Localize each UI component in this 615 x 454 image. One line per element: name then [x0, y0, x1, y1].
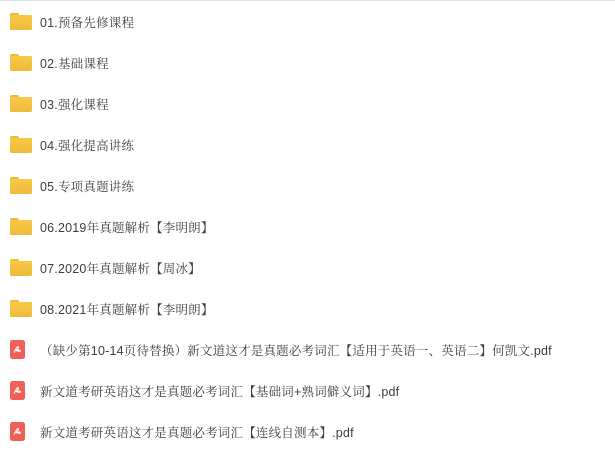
folder-body — [10, 261, 32, 276]
file-icon-cell — [10, 95, 34, 112]
file-name[interactable]: 07.2020年真题解析【周冰】 — [40, 259, 201, 277]
folder-icon — [10, 218, 32, 235]
folder-body — [10, 56, 32, 71]
list-item[interactable]: 06.2019年真题解析【李明朗】 — [0, 206, 615, 247]
list-item[interactable]: 新文道考研英语这才是真题必考词汇【连线自测本】.pdf — [0, 411, 615, 452]
pdf-icon — [10, 422, 25, 441]
folder-body — [10, 15, 32, 30]
file-name[interactable]: 新文道考研英语这才是真题必考词汇【基础词+熟词僻义词】.pdf — [40, 382, 399, 400]
file-name[interactable]: 01.预备先修课程 — [40, 13, 134, 31]
folder-icon — [10, 300, 32, 317]
list-item[interactable]: 08.2021年真题解析【李明朗】 — [0, 288, 615, 329]
pdf-icon — [10, 381, 25, 400]
file-icon-cell — [10, 177, 34, 194]
list-item[interactable]: （缺少第10-14页待替换）新文道这才是真题必考词汇【适用于英语一、英语二】何凯… — [0, 329, 615, 370]
file-icon-cell — [10, 422, 34, 441]
folder-body — [10, 97, 32, 112]
folder-body — [10, 179, 32, 194]
list-item[interactable]: 02.基础课程 — [0, 42, 615, 83]
file-icon-cell — [10, 381, 34, 400]
file-list: 01.预备先修课程 02.基础课程 03.强化课程 04.强化提 — [0, 0, 615, 454]
folder-icon — [10, 54, 32, 71]
folder-icon — [10, 13, 32, 30]
file-name[interactable]: 新文道考研英语这才是真题必考词汇【连线自测本】.pdf — [40, 423, 354, 441]
file-icon-cell — [10, 218, 34, 235]
file-name[interactable]: 02.基础课程 — [40, 54, 109, 72]
file-icon-cell — [10, 259, 34, 276]
folder-icon — [10, 95, 32, 112]
folder-icon — [10, 259, 32, 276]
list-item[interactable]: 01.预备先修课程 — [0, 1, 615, 42]
file-icon-cell — [10, 136, 34, 153]
list-item[interactable]: 07.2020年真题解析【周冰】 — [0, 247, 615, 288]
folder-icon — [10, 136, 32, 153]
file-icon-cell — [10, 300, 34, 317]
pdf-icon — [10, 340, 25, 359]
file-name[interactable]: 08.2021年真题解析【李明朗】 — [40, 300, 214, 318]
file-name[interactable]: 05.专项真题讲练 — [40, 177, 134, 195]
file-icon-cell — [10, 54, 34, 71]
file-icon-cell — [10, 13, 34, 30]
file-icon-cell — [10, 340, 34, 359]
list-item[interactable]: 04.强化提高讲练 — [0, 124, 615, 165]
folder-body — [10, 302, 32, 317]
list-item[interactable]: 03.强化课程 — [0, 83, 615, 124]
list-item[interactable]: 新文道考研英语这才是真题必考词汇【基础词+熟词僻义词】.pdf — [0, 370, 615, 411]
list-item[interactable]: 05.专项真题讲练 — [0, 165, 615, 206]
file-name[interactable]: 06.2019年真题解析【李明朗】 — [40, 218, 214, 236]
folder-icon — [10, 177, 32, 194]
file-name[interactable]: （缺少第10-14页待替换）新文道这才是真题必考词汇【适用于英语一、英语二】何凯… — [40, 341, 552, 359]
folder-body — [10, 220, 32, 235]
file-name[interactable]: 04.强化提高讲练 — [40, 136, 134, 154]
file-name[interactable]: 03.强化课程 — [40, 95, 109, 113]
folder-body — [10, 138, 32, 153]
